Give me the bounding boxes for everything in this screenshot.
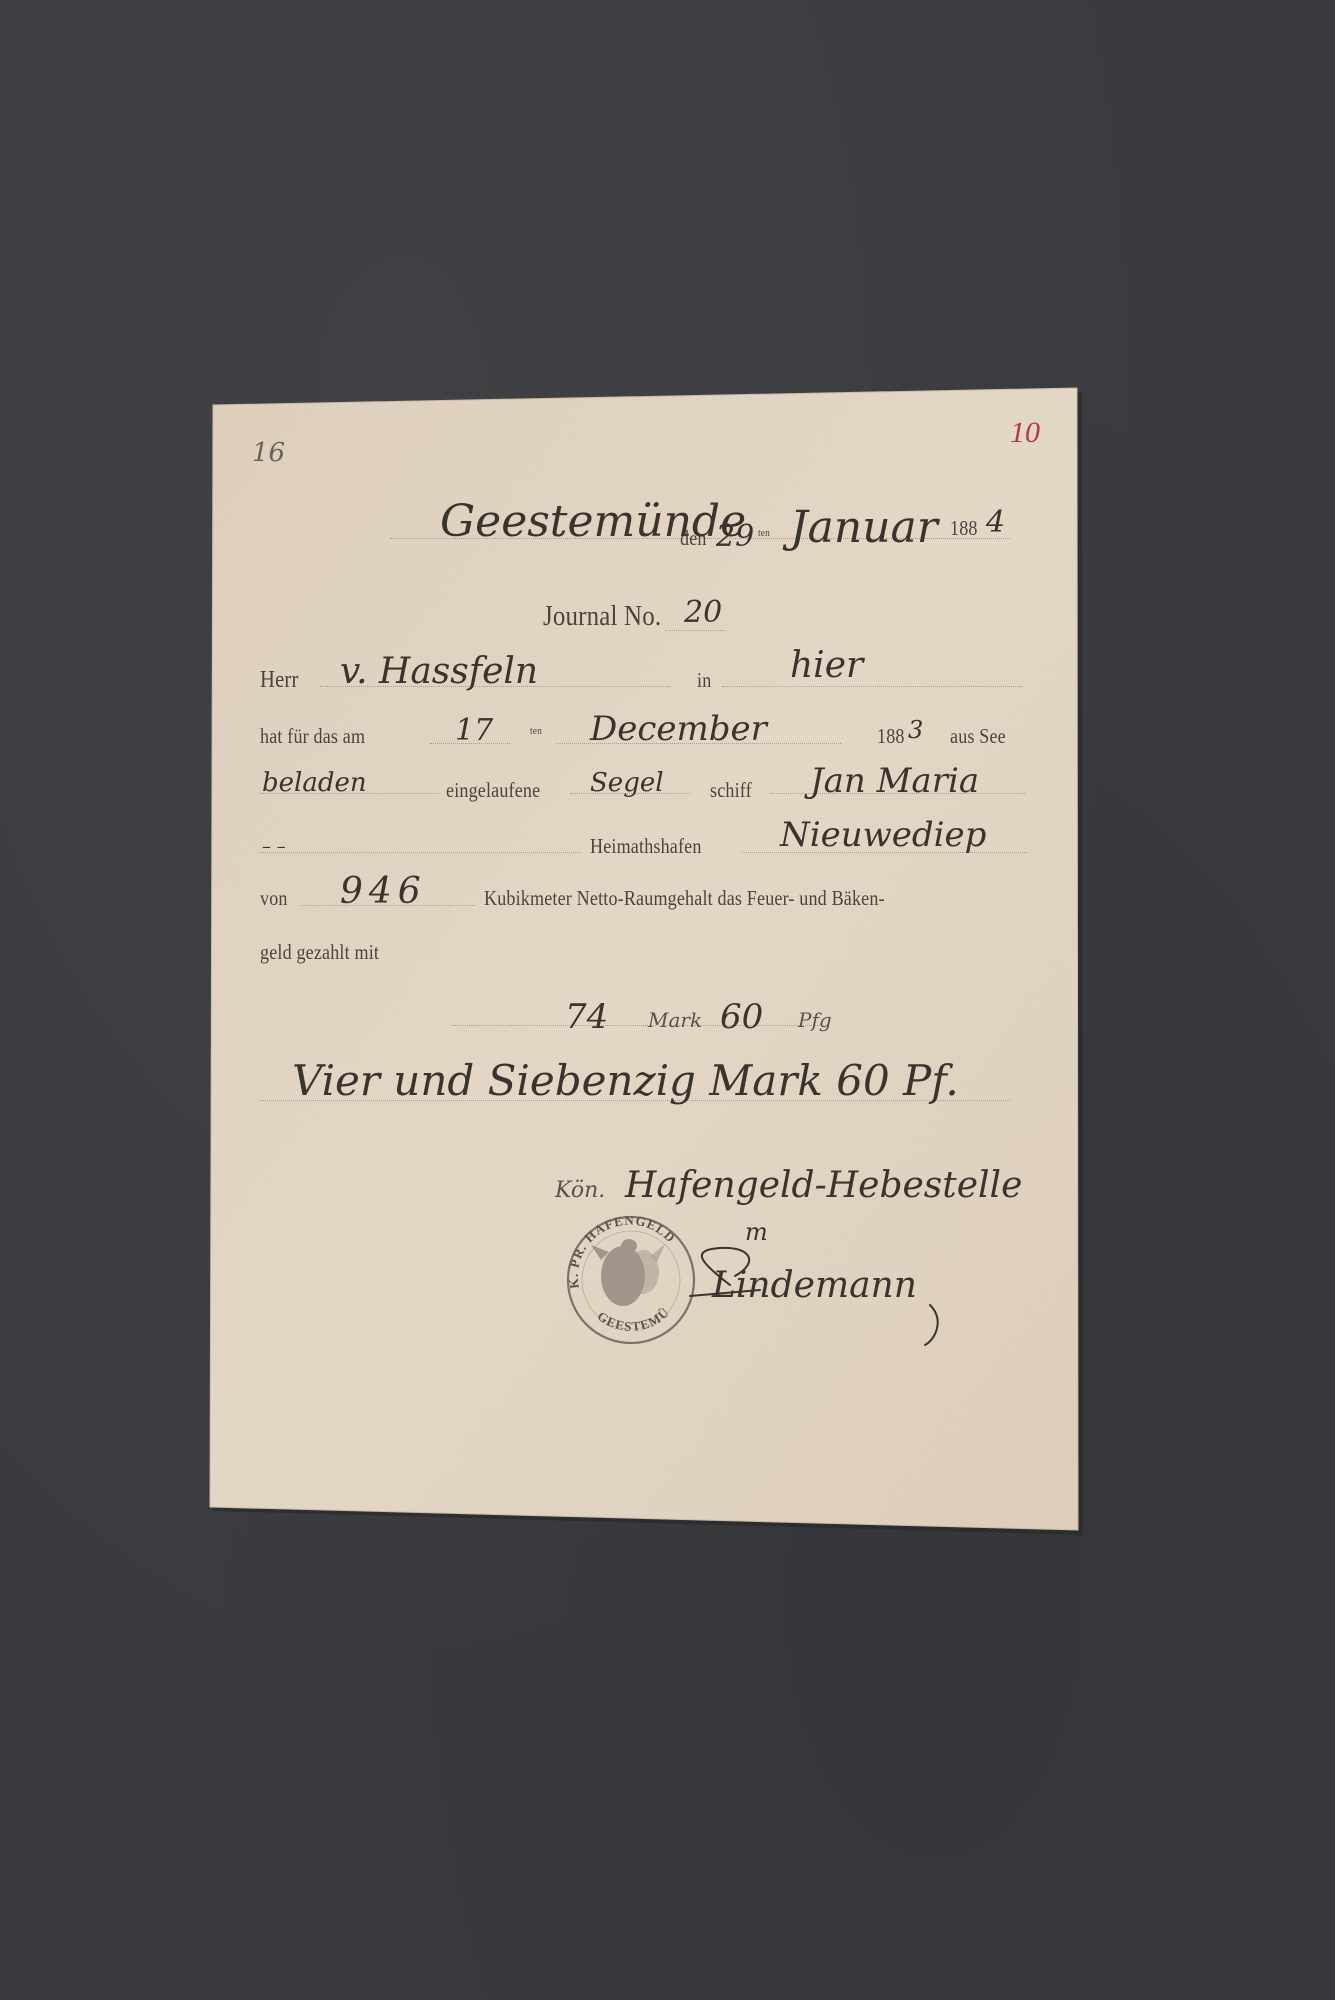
- header-day: 29: [716, 522, 754, 552]
- header-day-suffix: ten: [758, 528, 770, 539]
- journal-label: Journal No.: [543, 602, 661, 631]
- page-number-red: 10: [1010, 418, 1040, 448]
- header-month: Januar: [790, 506, 938, 550]
- von-label: von: [260, 888, 288, 909]
- amount-in-words: Vier und Siebenzig Mark 60 Pf.: [292, 1060, 959, 1102]
- herr-label: Herr: [260, 668, 299, 692]
- office-title-handwritten: Hafengeld-Hebestelle: [625, 1168, 1022, 1204]
- net-volume: 946: [340, 874, 427, 910]
- koen-label: Kön.: [555, 1180, 605, 1202]
- arrival-year-printed: 188: [877, 726, 905, 747]
- eingelaufene-label: eingelaufene: [446, 780, 540, 801]
- pfennig-label: Pfg: [798, 1010, 832, 1030]
- header-year-digit: 4: [986, 508, 1005, 538]
- addressee-name: v. Hassfeln: [340, 654, 538, 690]
- arrival-month: December: [590, 712, 767, 746]
- document-page: K. PR. HAFENGELD GEESTEMÜNDE 16 10 Geest…: [0, 0, 1335, 2000]
- in-label: in: [697, 670, 711, 691]
- amount-pfennig-value: 60: [720, 1000, 763, 1034]
- mark-label: Mark: [648, 1010, 702, 1030]
- aus-see-label: aus See: [950, 726, 1006, 747]
- addressee-location: hier: [790, 648, 863, 684]
- home-port: Nieuwediep: [780, 818, 986, 852]
- arrival-day-suffix: ten: [530, 726, 542, 737]
- header-year-printed: 188: [950, 518, 978, 539]
- signature: Lindemann: [712, 1268, 917, 1304]
- arrival-year-digit: 3: [908, 718, 923, 742]
- kubikmeter-label: Kubikmeter Netto-Raumgehalt das Feuer- u…: [484, 888, 885, 909]
- signature-abbrev: m: [745, 1220, 768, 1244]
- amount-mark-value: 74: [565, 1000, 608, 1034]
- folio-pencil-mark: 16: [252, 440, 285, 466]
- hat-fuer-das-am-label: hat für das am: [260, 726, 365, 747]
- journal-number: 20: [684, 598, 722, 628]
- heimathshafen-label: Heimathshafen: [590, 836, 702, 857]
- den-label: den: [680, 528, 707, 549]
- schiff-label: schiff: [710, 780, 752, 801]
- paper-sheet: K. PR. HAFENGELD GEESTEMÜNDE: [0, 0, 1335, 2000]
- ship-type: Segel: [590, 770, 664, 796]
- geld-gezahlt-mit-label: geld gezahlt mit: [260, 942, 379, 963]
- cargo-status: beladen: [262, 770, 367, 796]
- ship-name: Jan Maria: [810, 764, 979, 798]
- home-port-left-value: – –: [262, 838, 286, 856]
- arrival-day: 17: [455, 716, 493, 746]
